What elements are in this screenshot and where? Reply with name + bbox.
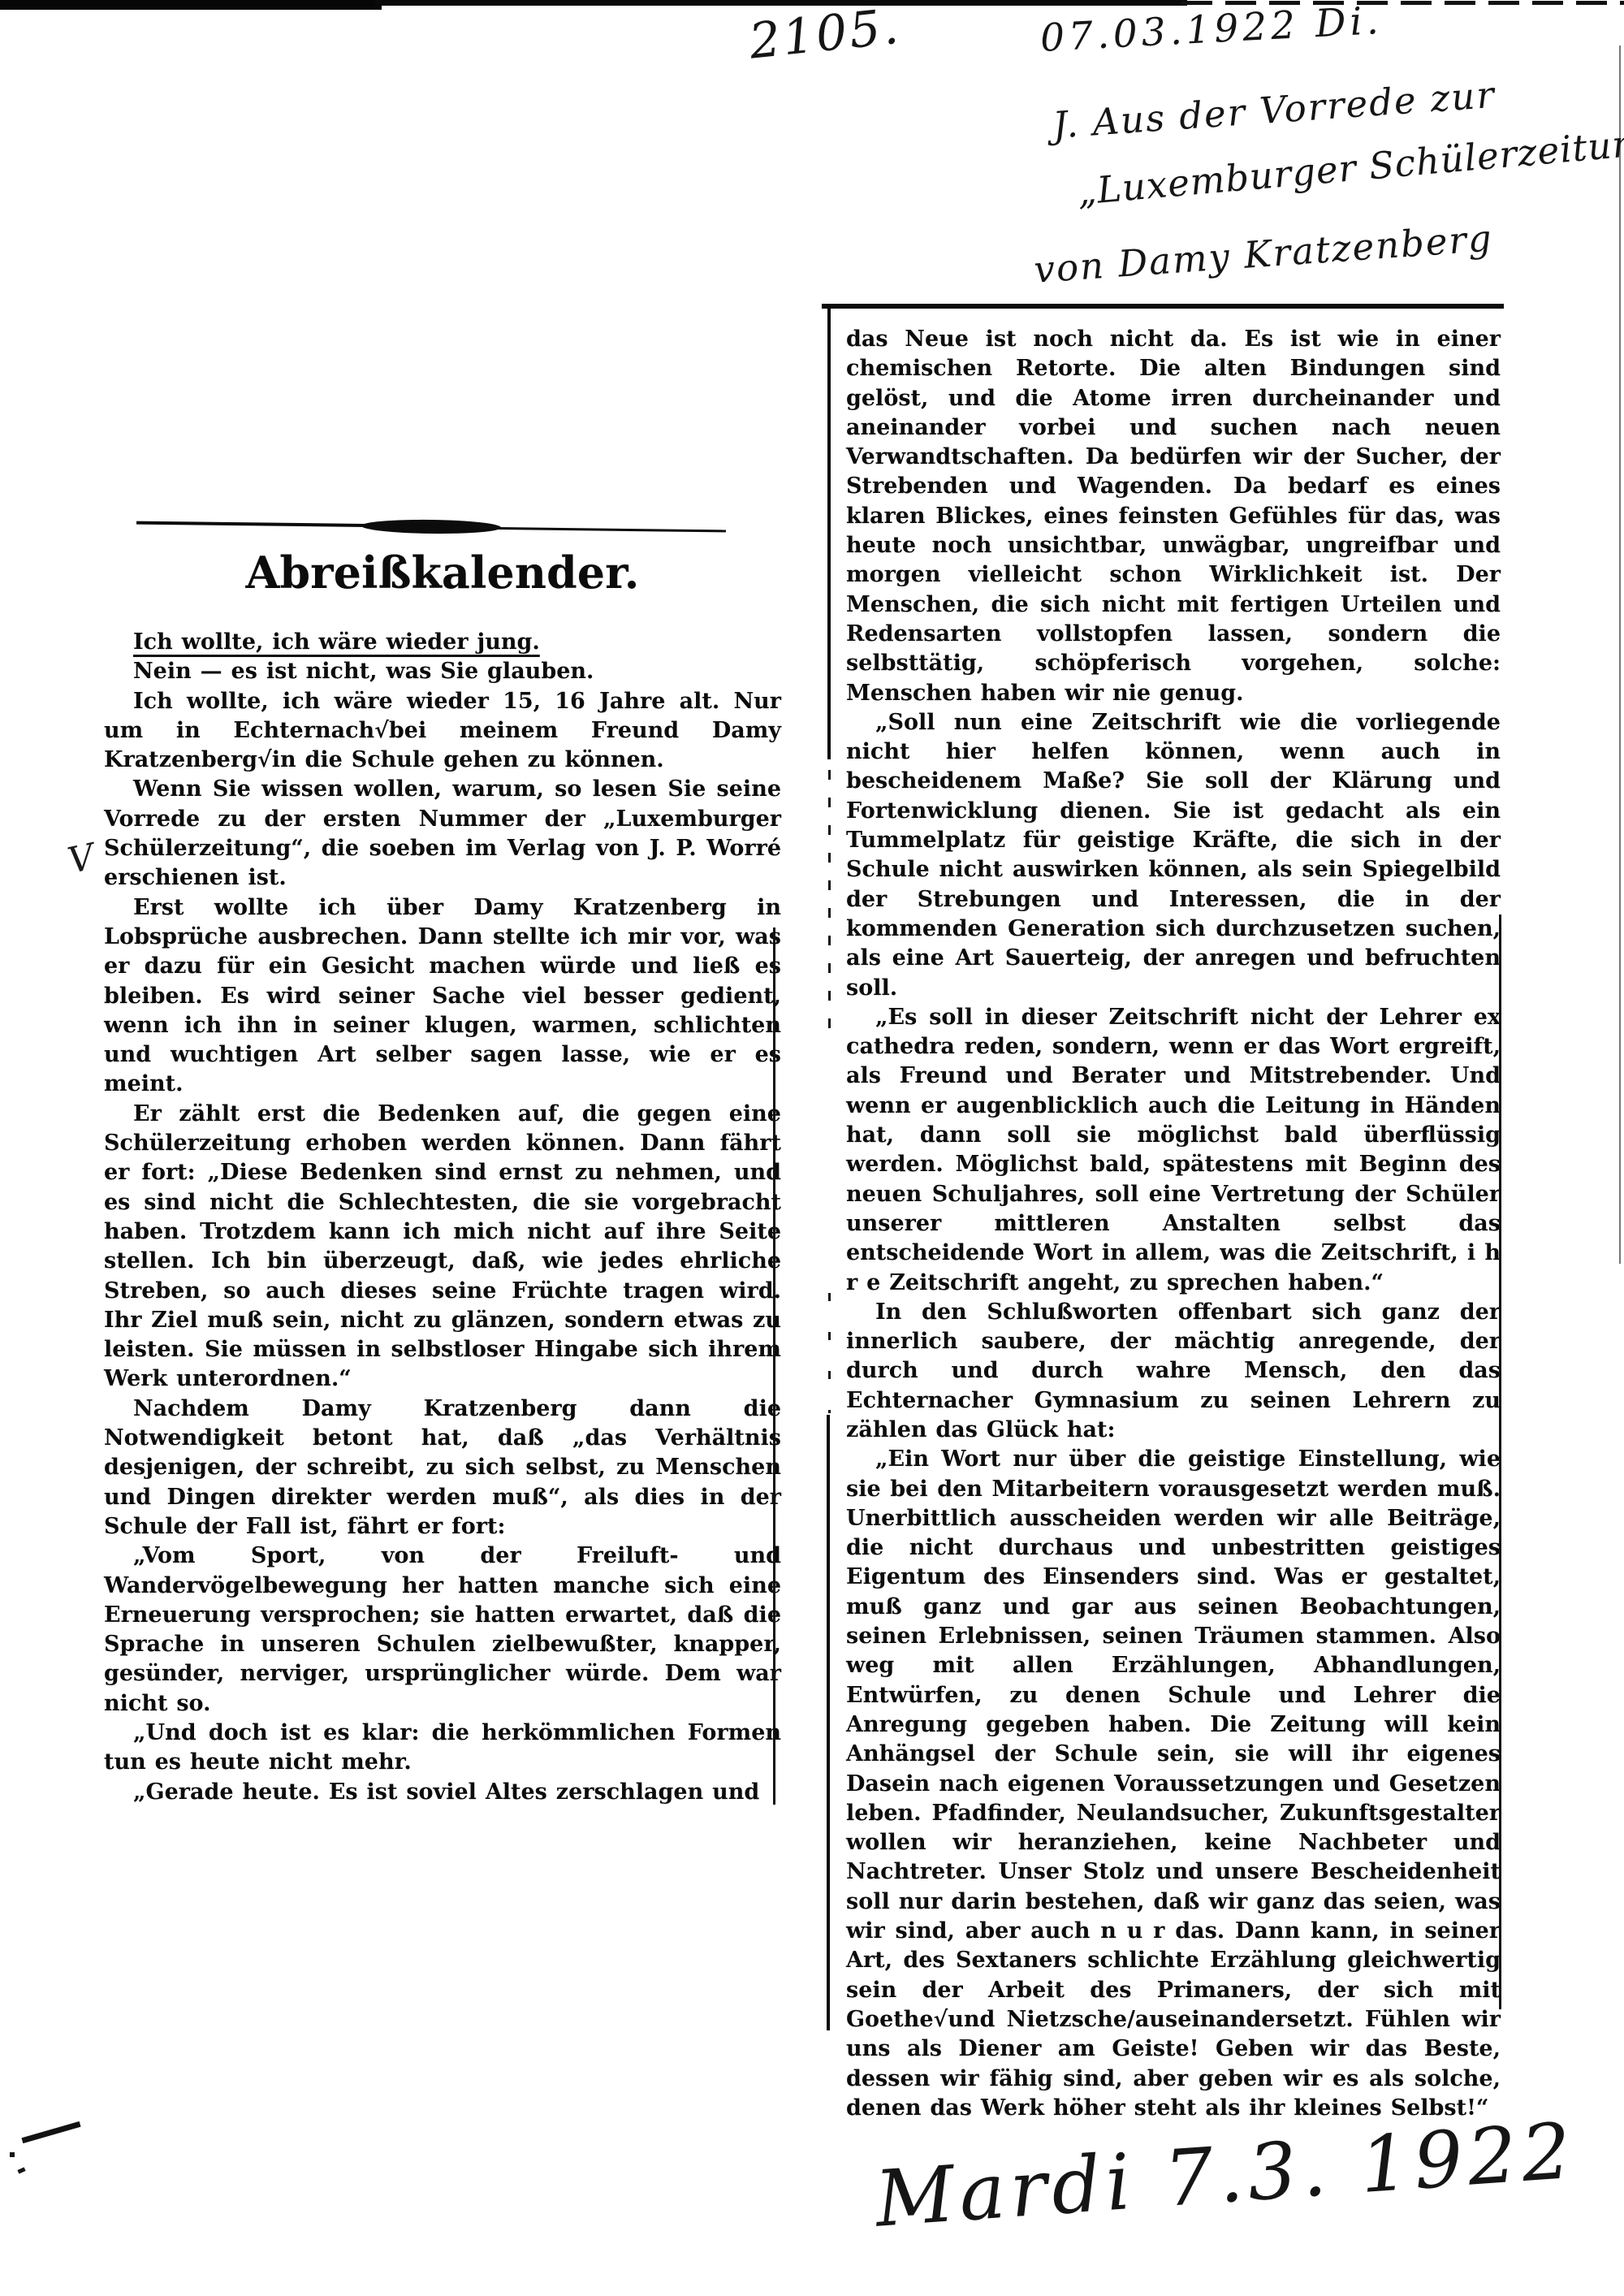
scanned-newspaper-page: { "page": { "background": "#ffffff", "in… xyxy=(0,0,1624,2296)
paragraph: „Und doch ist es klar: die herkömmlichen… xyxy=(104,1719,781,1778)
scan-edge-bar xyxy=(0,0,382,10)
paragraph: Nachdem Damy Kratzenberg dann die Notwen… xyxy=(104,1394,781,1541)
handwritten-bottom-date: Mardi 7.3. 1922 xyxy=(873,2113,1578,2239)
paragraph: Er zählt erst die Bedenken auf, die gege… xyxy=(104,1100,781,1394)
left-column-paragraphs: Ich wollte, ich wäre wieder jung.Nein — … xyxy=(104,628,781,1807)
paragraph: In den Schlußworten offenbart sich ganz … xyxy=(846,1298,1501,1445)
paragraph: das Neue ist noch nicht da. Es ist wie i… xyxy=(846,325,1501,708)
paragraph: Erst wollte ich über Damy Kratzenberg in… xyxy=(104,893,781,1100)
paragraph: „Gerade heute. Es ist soviel Altes zersc… xyxy=(104,1778,781,1807)
right-column-paragraphs: das Neue ist noch nicht da. Es ist wie i… xyxy=(846,325,1501,2123)
pen-stroke-mark xyxy=(21,2121,80,2143)
right-column-left-rule-solid xyxy=(827,309,831,759)
paragraph: Nein — es ist nicht, was Sie glauben. xyxy=(104,657,781,686)
handwritten-date-note: 07.03.1922 Di. xyxy=(1039,2,1384,58)
divider-lens xyxy=(361,519,501,534)
paragraph: Ich wollte, ich wäre wieder jung. xyxy=(104,628,781,657)
pen-speck xyxy=(17,2167,25,2173)
section-divider-ornament xyxy=(136,515,726,539)
article-left-column: Abreißkalender. Ich wollte, ich wäre wie… xyxy=(104,515,781,1807)
handwritten-source-note-line3: von Damy Kratzenberg xyxy=(1033,220,1494,288)
right-column-top-rule xyxy=(822,304,1504,309)
handwritten-margin-checkmark: V xyxy=(65,839,97,880)
paragraph: Ich wollte, ich wäre wieder 15, 16 Jahre… xyxy=(104,687,781,776)
article-right-column: das Neue ist noch nicht da. Es ist wie i… xyxy=(846,325,1501,2123)
scan-edge-bar xyxy=(1181,1,1624,5)
pen-speck xyxy=(10,2152,15,2157)
column-separator-rule xyxy=(773,927,775,1805)
paragraph: Wenn Sie wissen wollen, warum, so lesen … xyxy=(104,775,781,893)
paragraph: „Es soll in dieser Zeitschrift nicht der… xyxy=(846,1003,1501,1298)
handwritten-source-note-line1: J. Aus der Vorrede zur xyxy=(1052,76,1497,144)
paragraph: „Soll nun eine Zeitschrift wie die vorli… xyxy=(846,708,1501,1003)
scan-edge-bar xyxy=(375,0,1187,6)
handwritten-archive-number: 2105. xyxy=(747,2,903,66)
right-column-left-rule-solid xyxy=(827,1415,830,2030)
paragraph: „Ein Wort nur über die geistige Einstell… xyxy=(846,1445,1501,2123)
scan-edge-line xyxy=(1619,45,1621,1264)
right-column-left-rule-dashed xyxy=(828,1293,831,1413)
article-title: Abreißkalender. xyxy=(104,547,781,599)
right-column-margin-rule xyxy=(1499,915,1501,2009)
paragraph: „Vom Sport, von der Freiluft- und Wander… xyxy=(104,1541,781,1719)
right-column-left-rule-dashed xyxy=(828,770,831,1031)
